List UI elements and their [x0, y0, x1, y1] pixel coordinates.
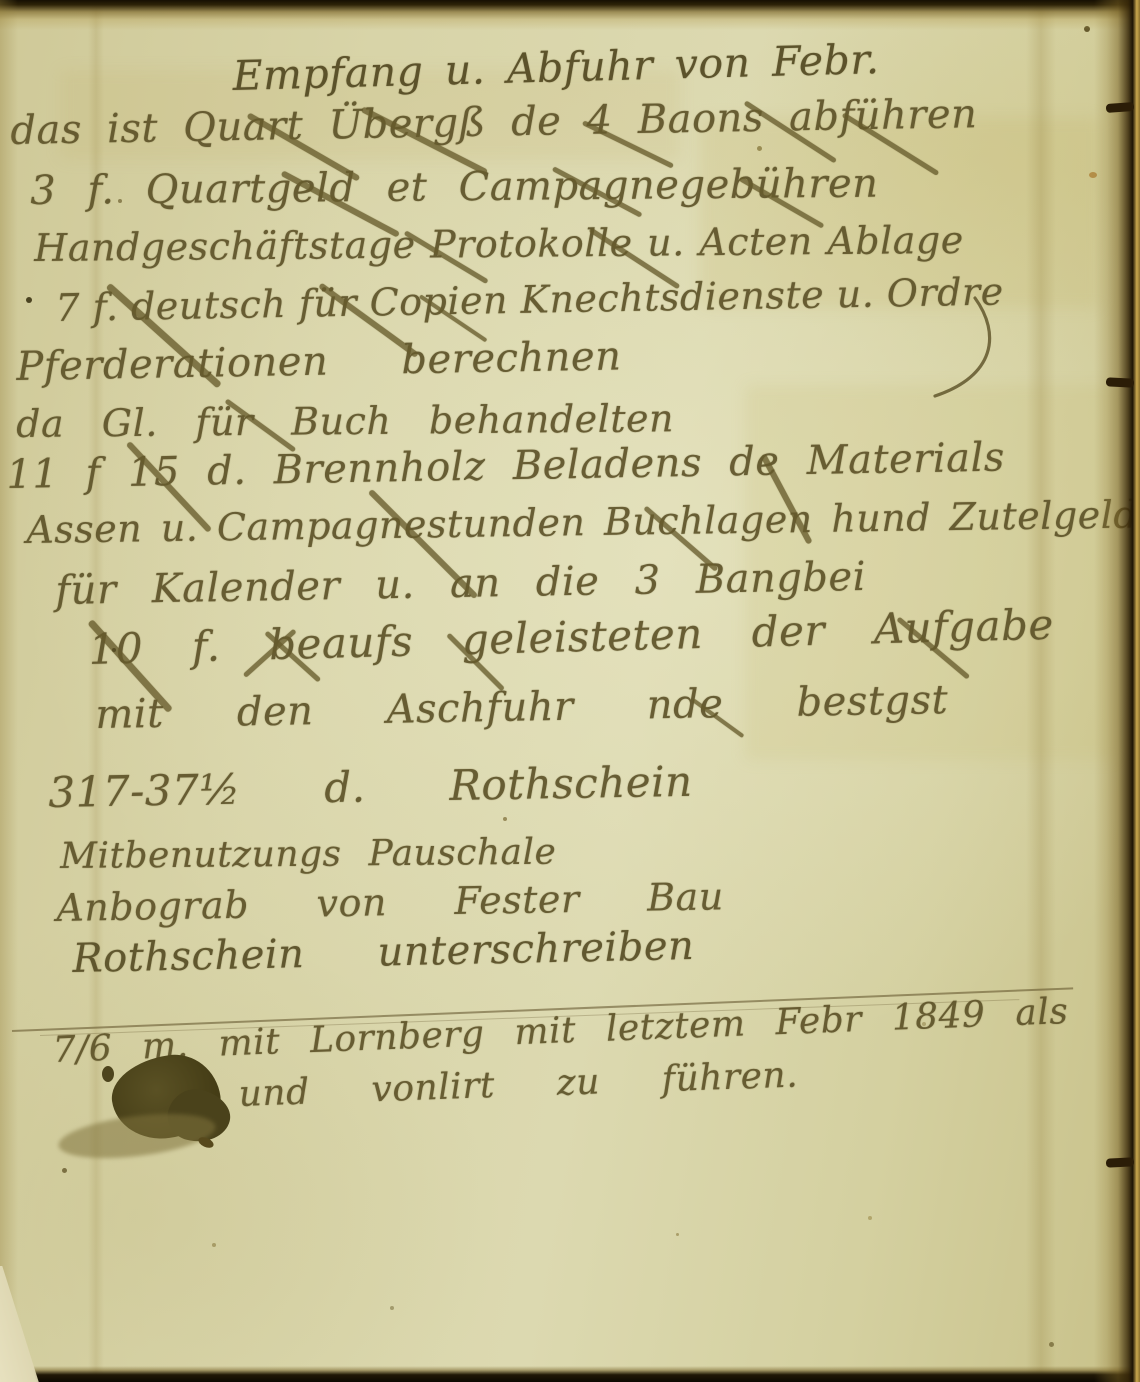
paper-speckle	[676, 1233, 679, 1236]
strikethrough-mark	[760, 454, 812, 545]
paper-speckle	[26, 297, 32, 303]
paper-speckle	[118, 199, 122, 203]
paper-speckle	[922, 1022, 926, 1026]
strikethrough-mark	[368, 489, 478, 599]
strikethrough-mark	[419, 294, 488, 342]
strikethrough-mark	[87, 619, 172, 713]
strikethrough-mark	[589, 227, 681, 289]
paper-speckle	[868, 1216, 872, 1220]
book-top-edge	[0, 0, 1140, 30]
strikethrough-mark	[739, 176, 825, 228]
book-binding-edge	[1094, 0, 1140, 1382]
strikethrough-mark	[842, 112, 940, 176]
ink-blot-dot	[102, 1066, 114, 1082]
strikethrough-mark	[126, 441, 212, 533]
manuscript-page: Empfang u. Abfuhr von Febr. das ist Quar…	[0, 0, 1140, 1382]
strikethrough-marks-layer	[0, 0, 1140, 1382]
paper-speckle	[757, 146, 762, 151]
binding-stitch	[1106, 1157, 1134, 1167]
binding-stitch	[1106, 102, 1135, 113]
strikethrough-mark	[446, 633, 505, 692]
strikethrough-mark	[552, 166, 643, 217]
strikethrough-mark	[281, 170, 400, 237]
strikethrough-mark	[318, 283, 419, 358]
strikethrough-mark	[582, 120, 674, 168]
paper-speckle	[390, 1306, 394, 1310]
paper-speckle	[1049, 1342, 1054, 1347]
book-bottom-edge	[0, 1366, 1140, 1382]
binding-stitch	[1106, 377, 1134, 387]
paper-speckle	[62, 1168, 67, 1173]
paper-speckle	[503, 817, 507, 821]
strikethrough-mark	[643, 506, 718, 572]
strikethrough-mark	[404, 230, 489, 284]
strikethrough-mark	[896, 617, 970, 680]
strikethrough-mark	[264, 631, 321, 683]
strikethrough-mark	[247, 112, 361, 181]
page-left-edge	[0, 0, 18, 1382]
strikethrough-mark	[744, 100, 837, 163]
paper-speckle	[212, 1243, 216, 1247]
strikethrough-mark	[225, 398, 297, 452]
paper-speckle	[112, 648, 116, 652]
strikethrough-mark	[106, 283, 222, 389]
strikethrough-mark	[361, 106, 488, 175]
strikethrough-mark	[692, 698, 745, 738]
